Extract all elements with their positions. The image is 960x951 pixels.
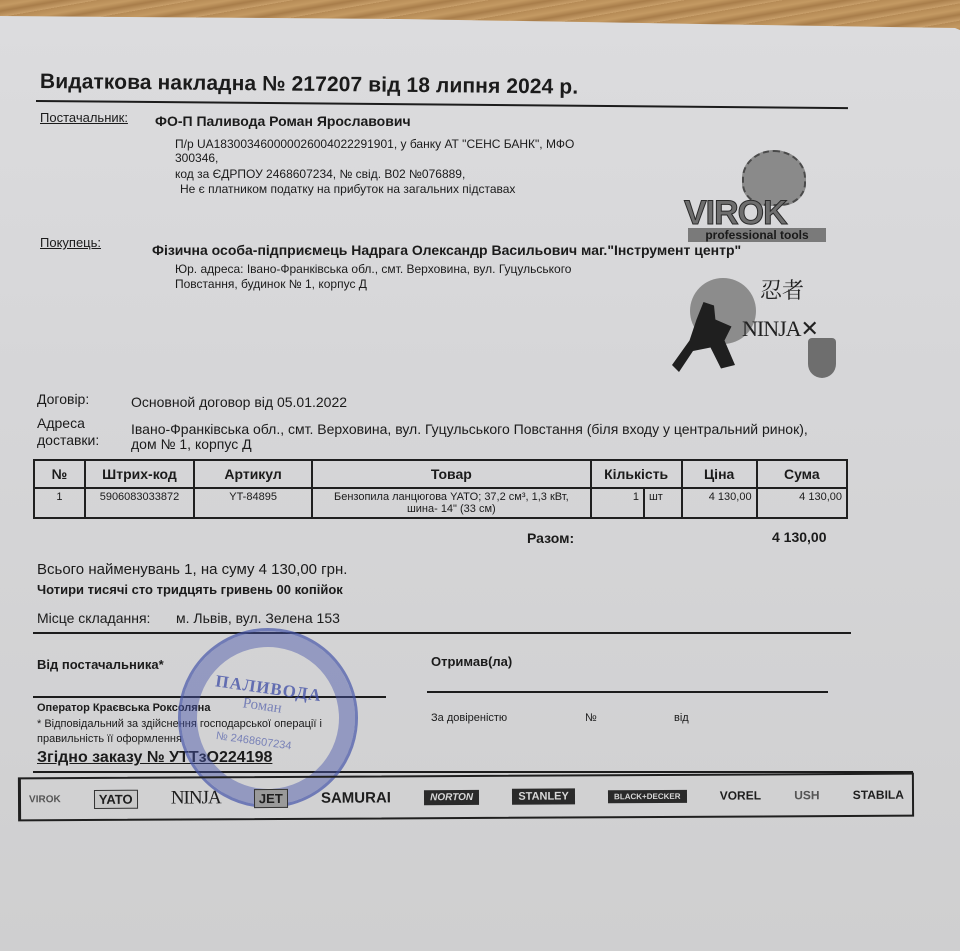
items-count-line: Всього найменувань 1, на суму 4 130,00 г…: [37, 561, 347, 578]
brand-black-decker: BLACK+DECKER: [608, 789, 687, 802]
footer-divider: [33, 771, 913, 773]
brand-jet: JET: [254, 788, 288, 807]
brand-samurai: SAMURAI: [321, 789, 391, 806]
col-quantity: Кількість: [591, 460, 682, 488]
delivery-address-line1: Івано-Франківська обл., смт. Верховина, …: [131, 421, 808, 437]
row-product-line1: Бензопила ланцюгова YATO; 37,2 см³, 1,3 …: [317, 491, 586, 503]
place-label: Місце складання:: [37, 610, 150, 626]
supplier-tax-note: Не є платником податку на прибуток на за…: [180, 182, 515, 197]
supplier-account: П/р UA183003460000026004022291901, у бан…: [175, 137, 574, 152]
buyer-address-line2: Повстання, будинок № 1, корпус Д: [175, 277, 367, 292]
brand-stabila: STABILA: [853, 788, 904, 802]
table-row: 1 5906083033872 YT-84895 Бензопила ланцю…: [34, 488, 847, 518]
virok-logo: VIROK professional tools: [684, 150, 826, 242]
amount-in-words: Чотири тисячі сто тридцять гривень 00 ко…: [37, 582, 343, 597]
row-product: Бензопила ланцюгова YATO; 37,2 см³, 1,3 …: [312, 488, 591, 518]
supplier-label: Постачальник:: [40, 110, 128, 125]
items-table: № Штрих-код Артикул Товар Кількість Ціна…: [33, 459, 848, 519]
delivery-label-1: Адреса: [37, 415, 85, 431]
row-number: 1: [34, 488, 85, 518]
buyer-label: Покупець:: [40, 235, 101, 250]
proxy-label: За довіреністю: [431, 712, 507, 724]
row-product-line2: шина- 14" (33 см): [317, 503, 586, 515]
col-article: Артикул: [194, 460, 312, 488]
col-price: Ціна: [682, 460, 757, 488]
shield-icon: [808, 338, 836, 378]
col-sum: Сума: [757, 460, 847, 488]
proxy-date-label: від: [674, 712, 689, 724]
from-supplier-label: Від постачальника*: [37, 657, 164, 672]
delivery-address-line2: дом № 1, корпус Д: [131, 436, 252, 452]
buyer-name: Фізична особа-підприємець Надрага Олекса…: [152, 242, 741, 258]
summary-divider: [33, 632, 851, 634]
brand-norton: NORTON: [424, 789, 479, 804]
row-price: 4 130,00: [682, 488, 757, 518]
brand-virok: VIROK: [29, 794, 61, 805]
buyer-address-line1: Юр. адреса: Івано-Франківська обл., смт.…: [175, 262, 571, 277]
brand-ninja: NINJA: [171, 787, 221, 809]
row-quantity: 1: [591, 488, 644, 518]
receiver-signature-line: [427, 691, 828, 693]
col-product: Товар: [312, 460, 591, 488]
contract-value: Основной договор від 05.01.2022: [131, 394, 347, 410]
brand-logo-strip: VIROK YATO NINJA JET SAMURAI NORTON STAN…: [18, 773, 914, 822]
proxy-number-label: №: [585, 712, 597, 724]
delivery-label-2: доставки:: [37, 432, 99, 448]
row-barcode: 5906083033872: [85, 488, 194, 518]
stamp-code: № 2468607234: [215, 730, 292, 752]
place-value: м. Львів, вул. Зелена 153: [176, 610, 340, 626]
brand-vorel: VOREL: [720, 788, 761, 802]
brand-yato: YATO: [94, 789, 138, 808]
supplier-name: ФО-П Паливода Роман Ярославович: [155, 113, 411, 129]
col-barcode: Штрих-код: [85, 460, 194, 488]
responsible-footnote-2: правильність її оформлення: [37, 733, 182, 745]
virok-tagline: professional tools: [688, 228, 826, 242]
row-article: YT-84895: [194, 488, 312, 518]
col-number: №: [34, 460, 85, 488]
total-label: Разом:: [527, 530, 574, 546]
supplier-edrpou: код за ЄДРПОУ 2468607234, № свід. В02 №0…: [175, 167, 465, 182]
total-value: 4 130,00: [772, 529, 827, 545]
row-unit: шт: [644, 488, 682, 518]
ninja-wordmark: NINJA✕: [742, 316, 818, 342]
received-label: Отримав(ла): [431, 654, 512, 669]
brand-ush: USH: [794, 788, 819, 802]
brand-stanley: STANLEY: [512, 788, 575, 804]
ninja-logo: 忍者 NINJA✕: [666, 272, 846, 382]
supplier-mfo: 300346,: [175, 151, 218, 166]
row-sum: 4 130,00: [757, 488, 847, 518]
table-header-row: № Штрих-код Артикул Товар Кількість Ціна…: [34, 460, 847, 488]
ninja-kanji: 忍者: [760, 274, 804, 305]
contract-label: Договір:: [37, 391, 89, 407]
